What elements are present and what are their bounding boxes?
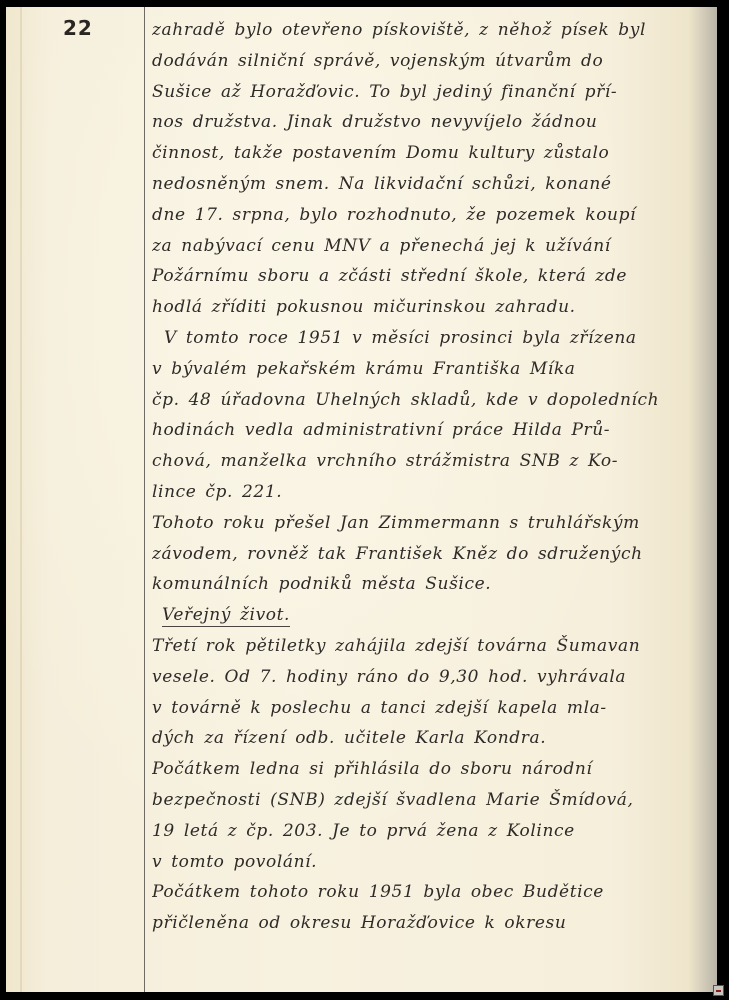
paragraph-start-line: Počátkem ledna si přihlásila do sboru ná… (152, 754, 707, 785)
text-line: Požárnímu sboru a zčásti střední škole, … (152, 261, 707, 292)
text-line: hodinách vedla administrativní práce Hil… (152, 415, 707, 446)
text-line: 19 letá z čp. 203. Je to prvá žena z Kol… (152, 816, 707, 847)
page-number: 22 (63, 16, 93, 40)
text-line: lince čp. 221. (152, 477, 707, 508)
document-page: 22 zahradě bylo otevřeno pískoviště, z n… (6, 7, 717, 992)
text-line: bezpečnosti (SNB) zdejší švadlena Marie … (152, 785, 707, 816)
text-line: v bývalém pekařském krámu Františka Míka (152, 354, 707, 385)
section-heading-line: Veřejný život. (152, 600, 707, 631)
handwritten-text-body: zahradě bylo otevřeno pískoviště, z něho… (152, 15, 707, 939)
minimize-icon[interactable] (713, 985, 724, 996)
text-line: Sušice až Horažďovic. To byl jediný fina… (152, 77, 707, 108)
text-line: čp. 48 úřadovna Uhelných skladů, kde v d… (152, 385, 707, 416)
text-line: dodáván silniční správě, vojenským útvar… (152, 46, 707, 77)
text-line: dých za řízení odb. učitele Karla Kondra… (152, 723, 707, 754)
margin-rule-divider (144, 7, 145, 992)
paragraph-start-line: V tomto roce 1951 v měsíci prosinci byla… (152, 323, 707, 354)
text-line: chová, manželka vrchního strážmistra SNB… (152, 446, 707, 477)
text-line: činnost, takže postavením Domu kultury z… (152, 138, 707, 169)
page-edge-shadow (20, 7, 22, 992)
paragraph-start-line: Počátkem tohoto roku 1951 byla obec Budě… (152, 877, 707, 908)
left-margin: 22 (6, 7, 144, 992)
text-line: za nabývací cenu MNV a přenechá jej k už… (152, 231, 707, 262)
text-line: v tomto povolání. (152, 847, 707, 878)
text-line: nedosněným snem. Na likvidační schůzi, k… (152, 169, 707, 200)
text-line: komunálních podniků města Sušice. (152, 569, 707, 600)
text-line: zahradě bylo otevřeno pískoviště, z něho… (152, 15, 707, 46)
text-line: závodem, rovněž tak František Kněz do sd… (152, 539, 707, 570)
text-line: hodlá zříditi pokusnou mičurinskou zahra… (152, 292, 707, 323)
paragraph-start-line: Tohoto roku přešel Jan Zimmermann s truh… (152, 508, 707, 539)
text-line: nos družstva. Jinak družstvo nevyvíjelo … (152, 107, 707, 138)
text-line: dne 17. srpna, bylo rozhodnuto, že pozem… (152, 200, 707, 231)
text-line: přičleněna od okresu Horažďovice k okres… (152, 908, 707, 939)
text-line: v továrně k poslechu a tanci zdejší kape… (152, 693, 707, 724)
paragraph-start-line: Třetí rok pětiletky zahájila zdejší tová… (152, 631, 707, 662)
text-line: vesele. Od 7. hodiny ráno do 9,30 hod. v… (152, 662, 707, 693)
section-heading: Veřejný život. (162, 605, 290, 627)
